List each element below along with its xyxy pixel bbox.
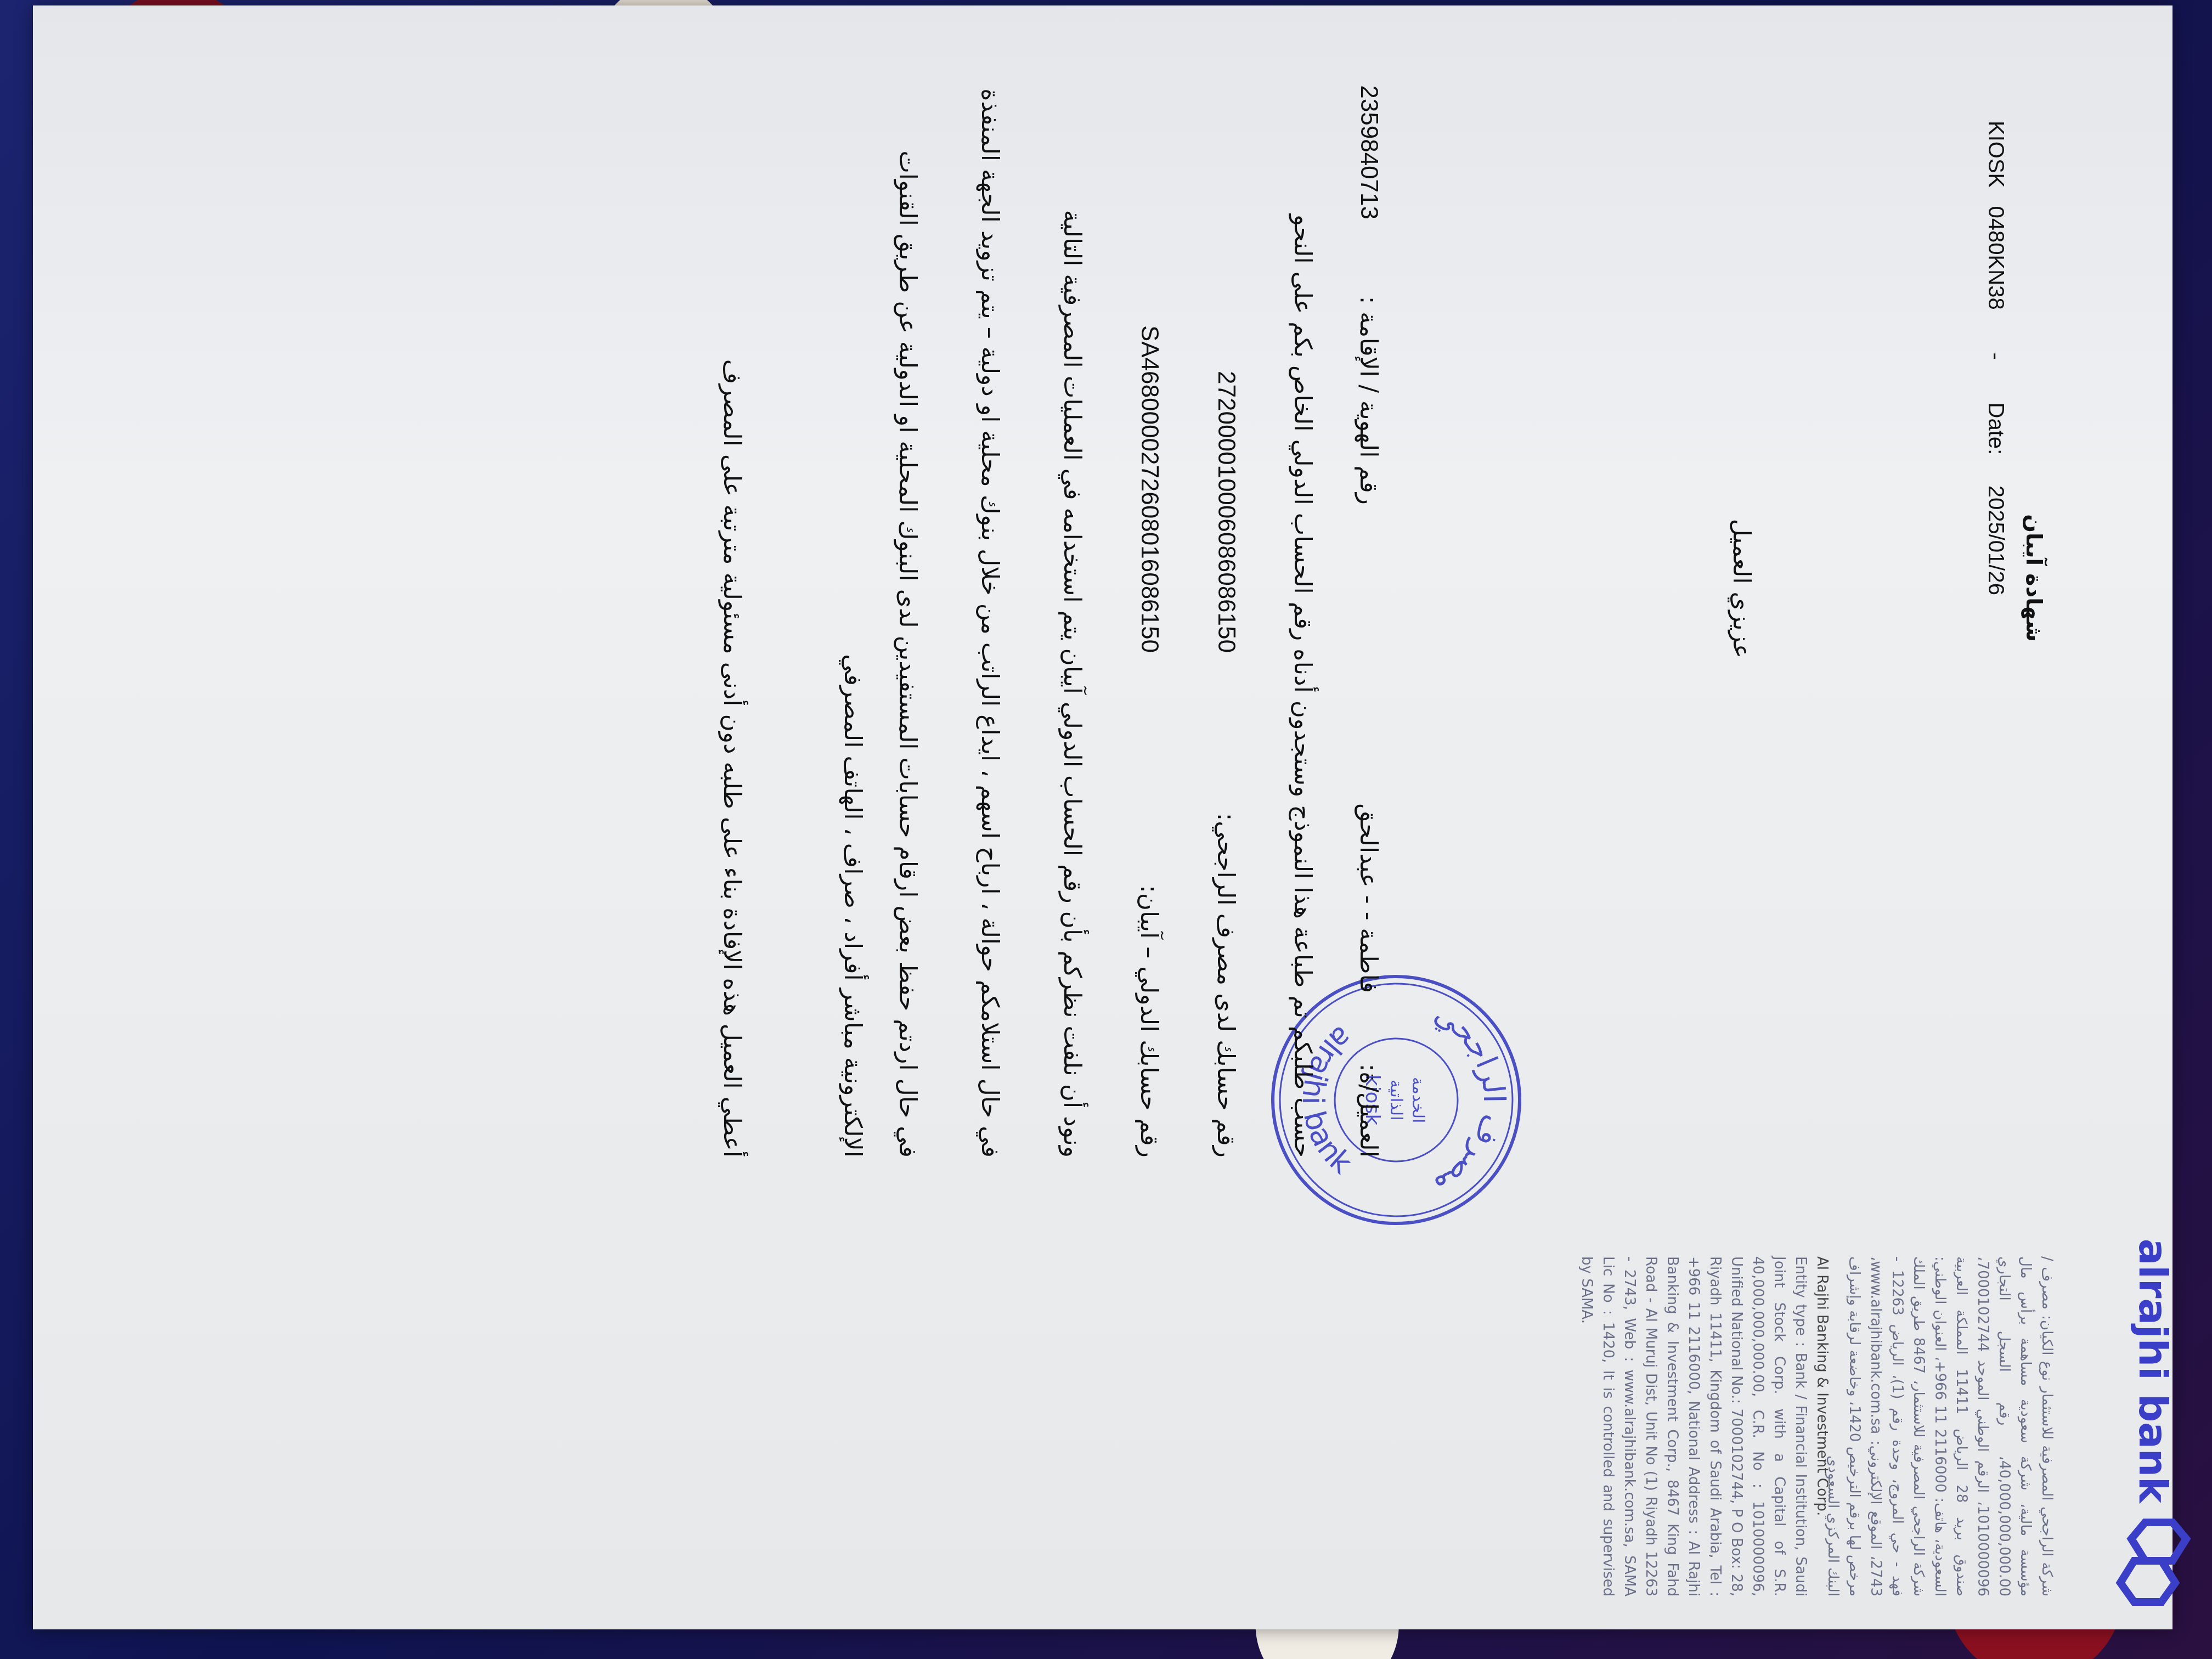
iban-number: SA4680000272608016086150 [1136, 325, 1163, 653]
id-value: 2359840713 [1355, 85, 1383, 219]
kiosk-label: KIOSK [1984, 121, 2008, 188]
date-label: Date: [1984, 403, 2008, 455]
client-label: العميل/ة: [1355, 1063, 1383, 1158]
intro-text: حسب طلبكم تم طباعة هذا النموذج وستجدون أ… [1289, 215, 1317, 1158]
account-label: رقم حسابك لدى مصرف الراجحي: [1212, 813, 1240, 1158]
iban-certificate-page: alrajhi bank شركة الراجحي المصرفية للاست… [33, 5, 2172, 1629]
client-name: فاطمة - - عبدالحق [1355, 803, 1383, 993]
legal-text-english: Al Rajhi Banking & Investment Corp. Enti… [1576, 1256, 1832, 1596]
kiosk-meta: KIOSK 0480KN38 - Date: 2025/01/26 [1983, 121, 2008, 595]
note-line-2: في حال استلامكم حوالة ، ارباح اسهم ، ايد… [976, 88, 1004, 1158]
iban-label: رقم حسابك الدولي – آيبان: [1135, 885, 1163, 1158]
date-value: 2025/01/26 [1984, 486, 2008, 595]
svg-text:الخدمة: الخدمة [1408, 1077, 1427, 1124]
meta-separator: - [1984, 352, 2008, 359]
legal-english-body: Entity type : Bank / Financial Instituti… [1576, 1256, 1811, 1596]
alrajhi-logo-icon [2112, 1514, 2194, 1607]
note-line-3: في حال اردتم حفظ بعض ارقام حسابات المستف… [894, 150, 922, 1158]
bank-logo-text: alrajhi bank [2130, 1239, 2176, 1503]
legal-text-arabic: شركة الراجحي المصرفية للاستثمار نوع الكي… [1822, 1256, 2057, 1596]
kiosk-id: 0480KN38 [1984, 206, 2008, 310]
document-title: شهادة آيبان [2021, 514, 2046, 642]
svg-text:الذاتية: الذاتية [1386, 1079, 1406, 1120]
legal-english-heading: Al Rajhi Banking & Investment Corp. [1811, 1256, 1832, 1596]
greeting: عزيزي العميل [1728, 519, 1756, 658]
svg-text:مصرف الراجحي: مصرف الراجحي [1429, 996, 1511, 1204]
account-number: 272000010006086086150 [1212, 371, 1240, 653]
bank-logo: alrajhi bank [2112, 1239, 2194, 1607]
note-line-1: ونود أن نلفت نظركم بأن رقم الحساب الدولي… [1058, 210, 1086, 1158]
footer-disclaimer: أعطي العميل هذه الإفادة بناء على طلبه دو… [718, 359, 746, 1158]
id-label: رقم الهوية / الإقامة : [1355, 296, 1383, 505]
note-line-4: الإلكترونية مباشر أفراد ، صراف ، الهاتف … [839, 654, 867, 1158]
